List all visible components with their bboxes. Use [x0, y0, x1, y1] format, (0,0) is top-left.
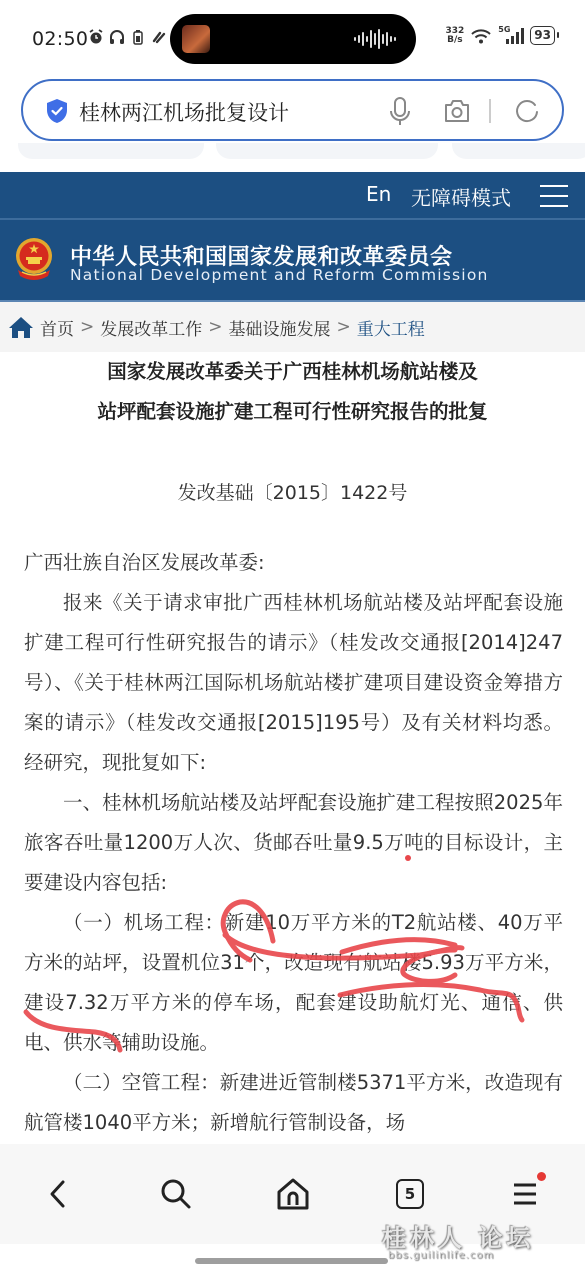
article-title: 国家发展改革委关于广西桂林机场航站楼及 站坪配套设施扩建工程可行性研究报告的批复: [0, 354, 585, 430]
article-paragraph: 一、桂林机场航站楼及站坪配套设施扩建工程按照2025年旅客吞吐量1200万人次、…: [24, 783, 563, 903]
browser-address-bar[interactable]: 桂林两江机场批复设计: [21, 79, 564, 141]
notification-dot: [537, 1172, 546, 1181]
nfc-icon: [151, 29, 167, 45]
status-bar: 02:50 332 B/s 5G 93: [0, 0, 585, 78]
site-brand-banner[interactable]: 中华人民共和国国家发展和改革委员会 National Development a…: [0, 220, 585, 300]
document-number: 发改基础〔2015〕1422号: [0, 478, 585, 505]
tabs-button[interactable]: 5: [390, 1174, 430, 1214]
home-icon[interactable]: [8, 315, 34, 339]
status-right-icons: 332 B/s 5G 93: [446, 26, 556, 45]
search-icon: [159, 1177, 193, 1211]
back-button[interactable]: [38, 1174, 78, 1214]
network-speed-unit: B/s: [446, 36, 465, 45]
home-indicator[interactable]: [195, 1258, 388, 1264]
shield-check-icon: [45, 98, 69, 124]
suggestion-chip[interactable]: [18, 143, 204, 159]
addressee: 广西壮族自治区发展改革委:: [24, 543, 563, 583]
breadcrumb: 首页 > 发展改革工作 > 基础设施发展 > 重大工程: [0, 302, 585, 352]
alarm-icon: [88, 29, 104, 45]
dynamic-island[interactable]: [170, 14, 416, 64]
camera-icon[interactable]: [443, 99, 471, 123]
tabs-icon: 5: [396, 1179, 424, 1209]
breadcrumb-infrastructure[interactable]: 基础设施发展: [229, 315, 331, 340]
menu-icon: [512, 1180, 540, 1208]
national-emblem-icon: [12, 236, 56, 284]
home-icon: [275, 1177, 311, 1211]
forum-watermark-url: bbs.guilinlife.com: [388, 1250, 494, 1261]
cellular-signal-icon: 5G: [498, 27, 524, 45]
network-speed: 332 B/s: [446, 27, 465, 45]
article-title-line2: 站坪配套设施扩建工程可行性研究报告的批复: [0, 394, 585, 430]
wifi-icon: [470, 27, 492, 45]
reload-icon[interactable]: [513, 97, 541, 125]
suggestion-chip[interactable]: [216, 143, 438, 159]
menu-button[interactable]: [506, 1174, 546, 1214]
breadcrumb-home[interactable]: 首页: [40, 315, 74, 340]
accessibility-mode-link[interactable]: 无障碍模式: [411, 182, 511, 211]
org-name-english: National Development and Reform Commissi…: [70, 266, 489, 284]
search-query-text[interactable]: 桂林两江机场批复设计: [79, 97, 289, 127]
english-link[interactable]: En: [366, 182, 391, 206]
article-paragraph: （一）机场工程：新建10万平方米的T2航站楼、40万平方米的站坪，设置机位31个…: [24, 903, 563, 1063]
breadcrumb-separator: >: [80, 317, 94, 337]
breadcrumb-separator: >: [208, 317, 222, 337]
search-button[interactable]: [156, 1174, 196, 1214]
breadcrumb-major-projects[interactable]: 重大工程: [357, 315, 425, 340]
article-paragraph: （二）空管工程：新建进近管制楼5371平方米，改造现有航管楼1040平方米；新增…: [24, 1063, 563, 1143]
article-title-line1: 国家发展改革委关于广西桂林机场航站楼及: [0, 354, 585, 390]
suggestion-chip[interactable]: [452, 143, 585, 159]
forum-watermark: 桂林人 论坛: [382, 1218, 534, 1253]
status-left-icons: [88, 29, 167, 45]
address-bar-divider: [489, 99, 491, 123]
site-top-nav: En 无障碍模式: [0, 172, 585, 218]
battery-indicator: 93: [530, 26, 555, 45]
home-button[interactable]: [273, 1174, 313, 1214]
chevron-left-icon: [46, 1178, 70, 1210]
audio-waveform-icon: [354, 29, 396, 49]
breadcrumb-separator: >: [337, 317, 351, 337]
article: 国家发展改革委关于广西桂林机场航站楼及 站坪配套设施扩建工程可行性研究报告的批复…: [0, 352, 585, 1143]
article-paragraph: 报来《关于请求审批广西桂林机场航站楼及站坪配套设施扩建工程可行性研究报告的请示》…: [24, 583, 563, 783]
suggestion-chips: [0, 143, 585, 163]
site-menu-icon[interactable]: [540, 185, 568, 207]
microphone-icon[interactable]: [389, 97, 411, 127]
headphones-icon: [109, 29, 125, 45]
battery-saver-icon: [130, 29, 146, 45]
status-time: 02:50: [32, 28, 88, 50]
media-album-art: [182, 25, 210, 53]
breadcrumb-reform-work[interactable]: 发展改革工作: [100, 315, 202, 340]
